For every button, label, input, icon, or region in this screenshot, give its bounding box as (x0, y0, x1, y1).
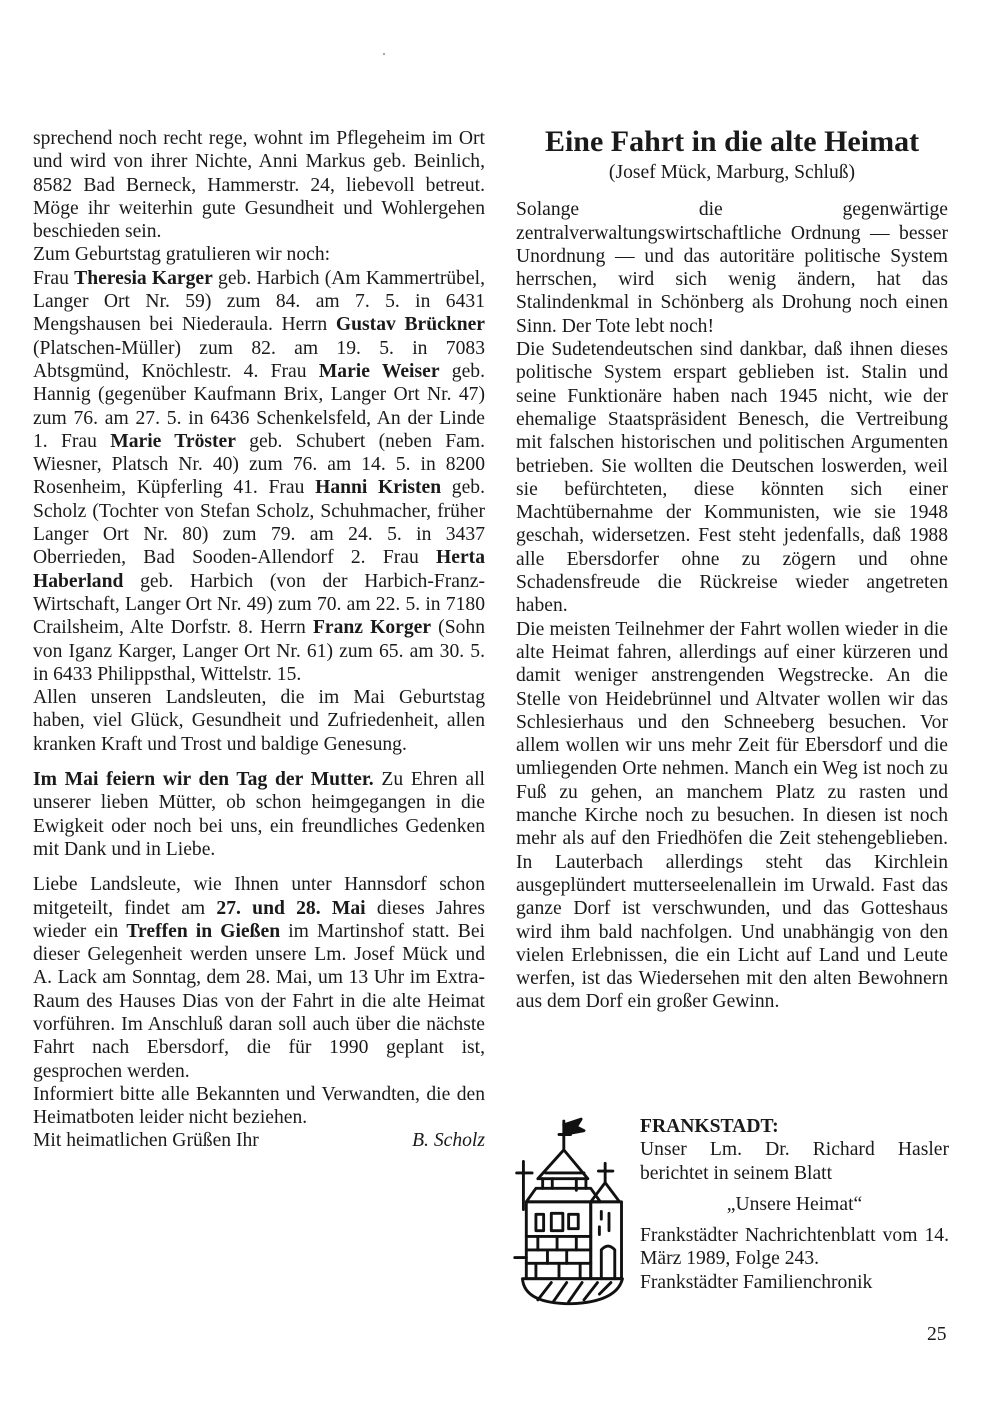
wishes-paragraph: Allen unseren Landsleuten, die im Mai Ge… (33, 686, 485, 756)
person-name: Hanni Kristen (315, 477, 441, 498)
article-paragraph: Die Sudetendeutschen sind dankbar, daß i… (516, 338, 948, 618)
inform-paragraph: Informiert bitte alle Bekannten und Verw… (33, 1083, 485, 1130)
town-crest-icon (509, 1112, 634, 1307)
signature: B. Scholz (412, 1129, 485, 1152)
meeting-event: Treffen in Gießen (126, 921, 280, 942)
birthday-heading: Zum Geburtstag gratulieren wir noch: (33, 243, 485, 266)
frankstadt-line: Frankstädter Familienchronik (640, 1271, 949, 1294)
article-paragraph: Solange die gegenwärtige zentralverwaltu… (516, 198, 948, 338)
person-name: Franz Korger (313, 617, 431, 638)
article-byline: (Josef Mück, Marburg, Schluß) (516, 161, 948, 184)
closing-text: Mit heimatlichen Grüßen Ihr (33, 1129, 259, 1152)
person-name: Marie Tröster (110, 431, 236, 452)
print-speck (383, 53, 385, 55)
person-name: Theresia Karger (74, 268, 213, 289)
frankstadt-quote: „Unsere Heimat“ (640, 1193, 949, 1216)
frankstadt-line: Unser Lm. Dr. Richard Hasler berichtet i… (640, 1138, 949, 1185)
person-name: Gustav Brückner (336, 314, 485, 335)
mothers-day-paragraph: Im Mai feiern wir den Tag der Mutter. Zu… (33, 768, 485, 861)
frankstadt-line: Frankstädter Nachrichtenblatt vom 14. Mä… (640, 1224, 949, 1271)
birthday-list: Frau Theresia Karger geb. Harbich (Am Ka… (33, 267, 485, 686)
left-column: sprechend noch recht rege, wohnt im Pfle… (33, 127, 485, 1153)
frankstadt-heading: FRANKSTADT: (640, 1115, 949, 1138)
page-number: 25 (927, 1324, 947, 1346)
meeting-date: 27. und 28. Mai (216, 898, 365, 919)
right-column: Eine Fahrt in die alte Heimat (Josef Müc… (516, 127, 948, 1014)
closing-line: Mit heimatlichen Grüßen Ihr B. Scholz (33, 1129, 485, 1152)
meeting-paragraph: Liebe Landsleute, wie Ihnen unter Hannsd… (33, 873, 485, 1083)
frankstadt-text: FRANKSTADT: Unser Lm. Dr. Richard Hasler… (640, 1112, 949, 1294)
mothers-day-heading: Im Mai feiern wir den Tag der Mutter. (33, 769, 374, 790)
article-paragraph: Die meisten Teilnehmer der Fahrt wollen … (516, 618, 948, 1014)
person-name: Marie Weiser (319, 361, 440, 382)
frankstadt-section: FRANKSTADT: Unser Lm. Dr. Richard Hasler… (509, 1112, 949, 1312)
article-title: Eine Fahrt in die alte Heimat (516, 125, 948, 159)
intro-paragraph: sprechend noch recht rege, wohnt im Pfle… (33, 127, 485, 243)
